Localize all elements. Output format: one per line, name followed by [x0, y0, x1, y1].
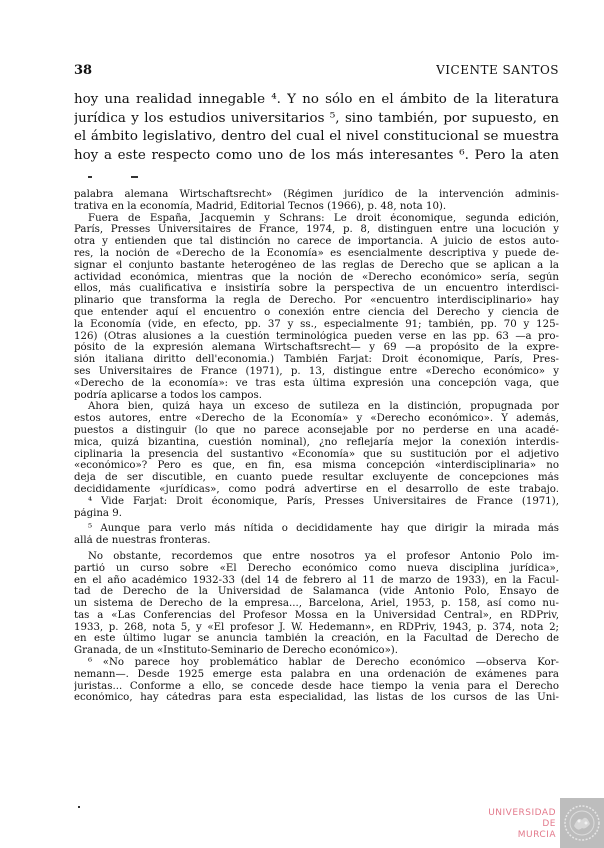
footnote-line: 126) (Otras alusiones a la cuestión term…	[74, 331, 559, 343]
university-watermark: UNIVERSIDAD DE MURCIA	[474, 798, 604, 848]
footnote-line: podría aplicarse a todos los campos.	[74, 390, 559, 402]
footnote-line: nemann—. Desde 1925 emerge esta palabra …	[74, 669, 559, 681]
scan-mark	[131, 176, 138, 178]
footnote-line: «económico»? Pero es que, en fin, esa mi…	[74, 460, 559, 472]
footnote-line: signar el conjunto bastante heterogéneo …	[74, 260, 559, 272]
footnote-line: estos autores, entre «Derecho de la Econ…	[74, 413, 559, 425]
footnote-line: que entender aquí el encuentro o conexió…	[74, 307, 559, 319]
footnote-line: económico, hay cátedras para esta especi…	[74, 692, 559, 704]
scan-marks	[88, 176, 168, 182]
footnote-line: Ahora bien, quizá haya un exceso de suti…	[74, 401, 559, 413]
body-line: jurídica y los estudios universitarios ⁵…	[74, 110, 559, 129]
footnote-line: partió un curso sobre «El Derecho económ…	[74, 563, 559, 575]
footnote-line: página 9.	[74, 508, 559, 520]
footnote-4: ⁴ Vide Farjat: Droit économique, París, …	[74, 496, 559, 508]
footnote-line: decididamente «jurídicas», como podrá ad…	[74, 484, 559, 496]
footnote-line: No obstante, recordemos que entre nosotr…	[74, 551, 559, 563]
footnote-5: ⁵ Aunque para verlo más nítida o decidid…	[74, 523, 559, 535]
footnote-line: ellos, más cualificativa e insistiría so…	[74, 283, 559, 295]
footnote-line: Granada, de un «Instituto-Seminario de D…	[74, 645, 559, 657]
footnote-line: palabra alemana Wirtschaftsrecht» (Régim…	[74, 189, 559, 201]
footnote-line: actividad económica, mientras que la noc…	[74, 272, 559, 284]
footnote-line: deja de ser discutible, en cuanto puede …	[74, 472, 559, 484]
footnote-line: la Economía (vide, en efecto, pp. 37 y s…	[74, 319, 559, 331]
watermark-line-2: MURCIA	[474, 830, 556, 841]
body-paragraph: hoy una realidad innegable ⁴. Y no sólo …	[74, 91, 559, 165]
footnote-line: ses Universitaires de France (1971), p. …	[74, 366, 559, 378]
footnote-line: en el año académico 1932-33 (del 14 de f…	[74, 575, 559, 587]
footnote-line: puestos a distinguir (lo que no parece a…	[74, 425, 559, 437]
seal-graphic	[563, 804, 601, 842]
footnote-line: juristas... Conforme a ello, se concede …	[74, 681, 559, 693]
footnote-line: plinario que transforma la regla de Dere…	[74, 295, 559, 307]
footnote-line: París, Presses Universitaires de France,…	[74, 224, 559, 236]
footnote-6: ⁶ «No parece hoy problemático hablar de …	[74, 657, 559, 669]
footnote-line: en este último lugar se anuncia también …	[74, 633, 559, 645]
document-page: 38 VICENTE SANTOS hoy una realidad inneg…	[0, 0, 604, 848]
footnote-line: allá de nuestras fronteras.	[74, 535, 559, 547]
footnote-line: trativa en la economía, Madrid, Editoria…	[74, 201, 559, 213]
body-line: el ámbito legislativo, dentro del cual e…	[74, 128, 559, 147]
footnote-line: mica, quizá bizantina, cuestión nominal)…	[74, 437, 559, 449]
footnote-line: 1933, p. 268, nota 5, y «El profesor J. …	[74, 622, 559, 634]
footnote-line: un sistema de Derecho de la empresa..., …	[74, 598, 559, 610]
footnote-line: ciplinaria la presencia del sustantivo «…	[74, 449, 559, 461]
footnote-line: tad de Derecho de la Universidad de Sala…	[74, 586, 559, 598]
scan-mark	[88, 176, 92, 178]
running-head: 38 VICENTE SANTOS	[74, 63, 559, 81]
page-number: 38	[74, 63, 92, 78]
footnote-line: tas a «Las Conferencias del Profesor Mos…	[74, 610, 559, 622]
footnote-line: res, la noción de «Derecho de la Economí…	[74, 248, 559, 260]
body-line: hoy a este respecto como uno de los más …	[74, 147, 559, 166]
running-title: VICENTE SANTOS	[436, 63, 559, 77]
footnote-line: «Derecho de la economía»: ve tras esta ú…	[74, 378, 559, 390]
body-line: hoy una realidad innegable ⁴. Y no sólo …	[74, 91, 559, 110]
watermark-line-1: UNIVERSIDAD DE	[474, 808, 556, 830]
footnote-line: sión italiana diritto dell'economia.) Ta…	[74, 354, 559, 366]
footnote-line: pósito de la expresión alemana Wirtschaf…	[74, 342, 559, 354]
watermark-text: UNIVERSIDAD DE MURCIA	[474, 808, 556, 841]
university-seal-icon	[560, 798, 604, 848]
scan-mark	[78, 806, 80, 808]
footnote-line: otra y entienden que tal distinción no c…	[74, 236, 559, 248]
footnotes: palabra alemana Wirtschaftsrecht» (Régim…	[74, 189, 559, 704]
footnote-line: Fuera de España, Jacquemin y Schrans: Le…	[74, 213, 559, 225]
